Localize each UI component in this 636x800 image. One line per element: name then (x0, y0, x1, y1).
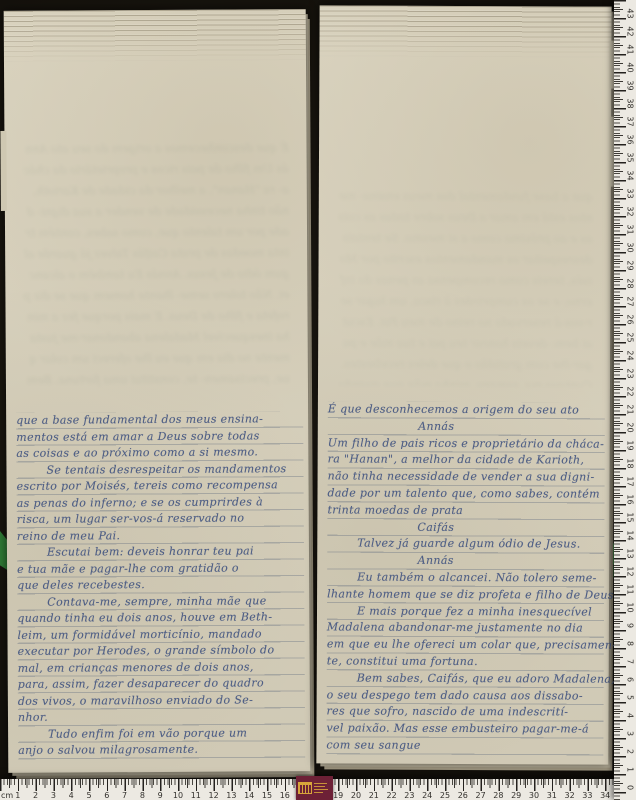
ruler-number: 9 (626, 620, 635, 632)
handwriting-line: que a base fundamental dos meus ensina- (16, 411, 303, 429)
ruler-number: 26 (626, 314, 635, 326)
handwriting-line: Annás (327, 553, 604, 571)
ruler-number: 8 (135, 791, 149, 800)
ruler-number: 12 (207, 791, 221, 800)
vertical-cm-ruler: 4342414039383736353433323130292827262524… (614, 0, 636, 800)
handwriting-line: te, constitui uma fortuna. (327, 653, 604, 671)
handwriting-line: reino de meu Pai. (17, 527, 304, 545)
ruler-number: 30 (626, 242, 635, 254)
ruler-number: 4 (626, 710, 635, 722)
ruler-number: 34 (598, 791, 612, 800)
ruler-number: 11 (189, 791, 203, 800)
stamp-text-lines (314, 783, 331, 794)
handwriting-block-right: É que desconhecemos a origem do seu atoA… (326, 401, 605, 755)
scanned-manuscript-photo: { "left_page": { "lines": [ {"text": "qu… (0, 0, 636, 800)
ruler-number: 6 (626, 674, 635, 686)
handwriting-line: Escutai bem: deveis honrar teu pai (17, 543, 304, 561)
ruler-number: 43 (626, 8, 635, 20)
ruler-number: 2 (29, 791, 43, 800)
ruler-number: 0 (626, 782, 635, 794)
ruler-number: 36 (626, 134, 635, 146)
handwriting-line: lhante homem que se diz profeta e filho … (327, 586, 604, 604)
ruler-number: 23 (626, 368, 635, 380)
ruler-number: 35 (626, 152, 635, 164)
handwriting-line: Madalena abandonar-me justamente no dia (327, 620, 604, 638)
ruler-number: 10 (171, 791, 185, 800)
ruler-number: 1 (11, 791, 25, 800)
handwriting-line: as penas do inferno; e se os cumprirdes … (17, 494, 304, 512)
handwriting-line: Caifás (327, 519, 604, 537)
handwriting-line: nhor. (18, 708, 305, 726)
ruler-number: 33 (626, 188, 635, 200)
ruler-number: 37 (626, 116, 635, 128)
ruler-number: 16 (278, 791, 292, 800)
handwriting-line: ra "Hanan", a melhor da cidade de Kariot… (328, 452, 605, 470)
ruler-number: 27 (474, 791, 488, 800)
ruler-number: 15 (260, 791, 274, 800)
ruler-number: 16 (626, 494, 635, 506)
ruler-number: 23 (402, 791, 416, 800)
ruler-number: 5 (626, 692, 635, 704)
ruler-number: 6 (100, 791, 114, 800)
handwriting-line: Tudo enfim foi em vão porque um (18, 725, 305, 743)
ruler-number: 27 (626, 296, 635, 308)
handwriting-line: anjo o salvou milagrosamente. (18, 741, 305, 759)
handwriting-line: para, assim, fazer desaparecer do quadro (18, 675, 305, 693)
ruler-number: 39 (626, 80, 635, 92)
ruler-number: 4 (64, 791, 78, 800)
ruler-number: 2 (626, 746, 635, 758)
ruler-number: 22 (626, 386, 635, 398)
ruler-number: 28 (626, 278, 635, 290)
ruler-number: 14 (626, 530, 635, 542)
ruler-number: 5 (82, 791, 96, 800)
ruler-number: 38 (626, 98, 635, 110)
handwriting-line: com seu sangue (326, 737, 603, 755)
handwriting-line: vel paixão. Mas esse embusteiro pagar-me… (326, 721, 603, 739)
handwriting-line: mentos está em amar a Deus sobre todas (16, 428, 303, 446)
handwriting-line: Eu também o alcancei. Não tolero seme- (327, 569, 604, 587)
handwriting-line: dos vivos, o maravilhoso enviado do Se- (18, 692, 305, 710)
ruler-number: 25 (438, 791, 452, 800)
ruler-number: 3 (626, 728, 635, 740)
ruler-number: 14 (242, 791, 256, 800)
ruler-number: 20 (626, 422, 635, 434)
ruler-number: 42 (626, 26, 635, 38)
ruler-number: 33 (580, 791, 594, 800)
ruler-number: 25 (626, 332, 635, 344)
ruler-number: 13 (224, 791, 238, 800)
bleedthrough-text: É que desconhecemos a origem do seu ato … (22, 137, 290, 389)
handwriting-line: Annás (328, 418, 605, 436)
ruler-number: 32 (563, 791, 577, 800)
manuscript-page-left: É que desconhecemos a origem do seu ato … (4, 9, 311, 773)
handwriting-line: E mais porque fez a minha inesquecível (327, 603, 604, 621)
ruler-number: 21 (367, 791, 381, 800)
ruler-number: 31 (545, 791, 559, 800)
handwriting-line: Um filho de pais ricos e proprietário da… (328, 435, 605, 453)
handwriting-line: leim, um formidável morticínio, mandado (17, 626, 304, 644)
page-stack-edges (4, 9, 306, 63)
ruler-number: 3 (46, 791, 60, 800)
handwriting-line: trinta moedas de prata (327, 502, 604, 520)
handwriting-line: Talvez já guarde algum ódio de Jesus. (327, 536, 604, 554)
ruler-number: 22 (385, 791, 399, 800)
ruler-number: 13 (626, 548, 635, 560)
ruler-number: 40 (626, 62, 635, 74)
museum-building-icon (298, 782, 312, 794)
handwriting-line: É que desconhecemos a origem do seu ato (328, 401, 605, 419)
handwriting-line: quando tinha eu dois anos, houve em Beth… (17, 609, 304, 627)
ruler-number: 19 (331, 791, 345, 800)
ruler-number: 11 (626, 584, 635, 596)
ruler-number: 34 (626, 170, 635, 182)
handwriting-line: que deles recebestes. (17, 576, 304, 594)
ruler-number: 17 (626, 476, 635, 488)
handwriting-line: não tinha necessidade de vender a sua di… (328, 469, 605, 487)
ruler-number: 31 (626, 224, 635, 236)
handwriting-line: dade por um talento que, como sabes, con… (327, 485, 604, 503)
handwriting-line: res que sofro, nascido de uma indescrití… (327, 704, 604, 722)
handwriting-block-left: que a base fundamental dos meus ensina-m… (16, 411, 305, 760)
handwriting-line: Se tentais desrespeitar os mandamentos (16, 461, 303, 479)
manuscript-page-right: que a base fundamental dos meus ensina- … (316, 5, 611, 764)
ruler-number: 7 (626, 656, 635, 668)
ruler-number: 28 (491, 791, 505, 800)
handwriting-line: executar por Herodes, o grande símbolo d… (18, 642, 305, 660)
ruler-number: 12 (626, 566, 635, 578)
bleedthrough-text: que a base fundamental dos meus ensina- … (336, 185, 593, 386)
ruler-number: 26 (456, 791, 470, 800)
ruler-number: 8 (626, 638, 635, 650)
page-stack-step (0, 131, 6, 211)
ruler-number: 10 (626, 602, 635, 614)
ruler-number: 19 (626, 440, 635, 452)
handwriting-line: risca, um lugar ser-vos-á reservado no (17, 510, 304, 528)
ruler-number: 7 (118, 791, 132, 800)
ruler-number: 41 (626, 44, 635, 56)
handwriting-line: mal, em crianças menores de dois anos, (18, 659, 305, 677)
handwriting-line: o seu despego tem dado causa aos dissabo… (327, 687, 604, 705)
ruler-number: 30 (527, 791, 541, 800)
ruler-number: 18 (626, 458, 635, 470)
ruler-number: 29 (509, 791, 523, 800)
handwriting-line: Bem sabes, Caifás, que eu adoro Madalena… (327, 670, 604, 688)
ruler-number: 1 (626, 764, 635, 776)
handwriting-line: Contava-me, sempre, minha mãe que (17, 593, 304, 611)
handwriting-line: e tua mãe e pagar-lhe com gratidão o (17, 560, 304, 578)
handwriting-line: escrito por Moisés, tereis como recompen… (17, 477, 304, 495)
ruler-number: 20 (349, 791, 363, 800)
ruler-number: 29 (626, 260, 635, 272)
ruler-number: 24 (420, 791, 434, 800)
ruler-number: 21 (626, 404, 635, 416)
ruler-number: 32 (626, 206, 635, 218)
page-stack-edges (319, 5, 611, 58)
handwriting-line: as coisas e ao próximo como a si mesmo. (16, 444, 303, 462)
ruler-number: 15 (626, 512, 635, 524)
ruler-number: 9 (153, 791, 167, 800)
ruler-number: 24 (626, 350, 635, 362)
archive-stamp (296, 776, 333, 800)
handwriting-line: em que eu lhe ofereci um colar que, prec… (327, 637, 604, 655)
